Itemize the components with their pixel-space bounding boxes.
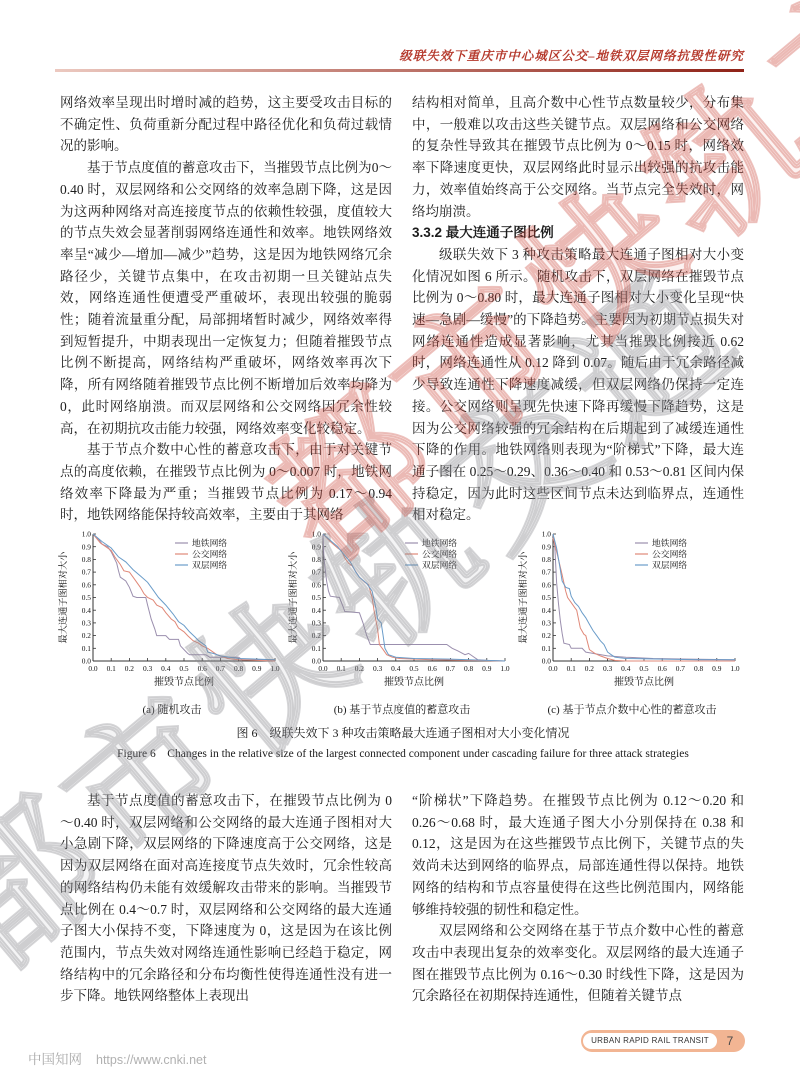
- chart-degree-attack: 0.00.10.20.30.40.50.60.70.80.91.00.00.10…: [287, 527, 517, 717]
- svg-text:0.8: 0.8: [694, 664, 704, 673]
- cnki-footer: 中国知网https://www.cnki.net: [28, 1048, 206, 1068]
- running-head-title: 级联失效下重庆市中心城区公交–地铁双层网络抗毁性研究: [399, 49, 744, 63]
- paragraph: 基于节点介数中心性的蓄意攻击下，由于对关键节点的高度依赖，在摧毁节点比例为 0～…: [60, 439, 392, 526]
- svg-text:0.7: 0.7: [446, 664, 456, 673]
- svg-text:双层网络: 双层网络: [652, 559, 687, 570]
- svg-text:公交网络: 公交网络: [192, 548, 227, 559]
- chart-subcaption-b: (b) 基于节点度值的蓄意攻击: [287, 701, 517, 717]
- chart-subcaption-a: (a) 随机攻击: [57, 701, 287, 717]
- svg-text:0.2: 0.2: [585, 664, 595, 673]
- paragraph: 级联失效下 3 种攻击策略最大连通子图相对大小变化情况如图 6 所示。随机攻击下…: [412, 244, 744, 526]
- svg-text:0.2: 0.2: [312, 631, 322, 640]
- figure-6: 0.00.10.20.30.40.50.60.70.80.91.00.00.10…: [57, 527, 749, 761]
- paragraph: 双层网络和公交网络在基于节点介数中心性的蓄意攻击中表现出复杂的效率变化。双层网络…: [412, 920, 744, 1007]
- svg-text:0.7: 0.7: [542, 568, 552, 577]
- paragraph: 基于节点度值的蓄意攻击下，在摧毁节点比例为 0～0.40 时，双层网络和公交网络…: [60, 790, 392, 1007]
- svg-text:1.0: 1.0: [542, 530, 552, 539]
- svg-text:双层网络: 双层网络: [192, 559, 227, 570]
- svg-text:0.4: 0.4: [82, 606, 92, 615]
- page-header: 级联失效下重庆市中心城区公交–地铁双层网络抗毁性研究: [55, 46, 744, 65]
- svg-text:0.8: 0.8: [312, 555, 322, 564]
- svg-text:0.6: 0.6: [428, 664, 438, 673]
- chart-subcaption-c: (c) 基于节点介数中心性的蓄意攻击: [517, 701, 747, 717]
- svg-text:0.3: 0.3: [143, 664, 153, 673]
- svg-text:0.8: 0.8: [464, 664, 474, 673]
- svg-text:0.9: 0.9: [252, 664, 262, 673]
- svg-text:最大连通子图相对大小: 最大连通子图相对大小: [287, 551, 298, 644]
- svg-text:0.7: 0.7: [312, 568, 322, 577]
- svg-text:0.0: 0.0: [542, 657, 552, 666]
- svg-text:0.9: 0.9: [312, 542, 322, 551]
- svg-text:0.3: 0.3: [312, 619, 322, 628]
- svg-text:0.1: 0.1: [542, 644, 552, 653]
- journal-badge: URBAN RAPID RAIL TRANSIT 7: [581, 1030, 745, 1052]
- svg-text:0.2: 0.2: [355, 664, 365, 673]
- svg-text:1.0: 1.0: [500, 664, 510, 673]
- svg-text:0.7: 0.7: [216, 664, 226, 673]
- svg-text:0.4: 0.4: [161, 664, 171, 673]
- column-top-right: 结构相对简单，且高介数中心性节点数量较少，分布集中，一般难以攻击这些关键节点。双…: [412, 92, 744, 526]
- svg-text:最大连通子图相对大小: 最大连通子图相对大小: [57, 551, 68, 644]
- svg-text:0.6: 0.6: [198, 664, 208, 673]
- svg-text:0.2: 0.2: [82, 631, 92, 640]
- journal-badge-label: URBAN RAPID RAIL TRANSIT: [583, 1033, 717, 1049]
- section-heading-3-3-2: 3.3.2 最大连通子图比例: [412, 222, 744, 244]
- chart-plot-b: 0.00.10.20.30.40.50.60.70.80.91.00.00.10…: [287, 527, 517, 703]
- chart-betweenness-attack: 0.00.10.20.30.40.50.60.70.80.91.00.00.10…: [517, 527, 747, 717]
- cnki-logo-text: 中国知网: [28, 1052, 82, 1067]
- cnki-url: https://www.cnki.net: [96, 1053, 206, 1067]
- body-bottom: 基于节点度值的蓄意攻击下，在摧毁节点比例为 0～0.40 时，双层网络和公交网络…: [60, 790, 744, 1007]
- svg-text:0.5: 0.5: [312, 593, 322, 602]
- svg-text:1.0: 1.0: [82, 530, 92, 539]
- svg-text:0.2: 0.2: [125, 664, 135, 673]
- svg-text:1.0: 1.0: [270, 664, 280, 673]
- svg-text:0.8: 0.8: [82, 555, 92, 564]
- svg-text:摧毁节点比例: 摧毁节点比例: [384, 675, 444, 688]
- svg-text:0.5: 0.5: [409, 664, 419, 673]
- svg-text:0.1: 0.1: [337, 664, 347, 673]
- paragraph: 基于节点度值的蓄意攻击下，当摧毁节点比例为0～0.40 时，双层网络和公交网络的…: [60, 157, 392, 439]
- svg-text:0.7: 0.7: [676, 664, 686, 673]
- svg-text:摧毁节点比例: 摧毁节点比例: [614, 675, 674, 688]
- svg-text:0.3: 0.3: [603, 664, 613, 673]
- svg-text:0.2: 0.2: [542, 631, 552, 640]
- chart-plot-a: 0.00.10.20.30.40.50.60.70.80.91.00.00.10…: [57, 527, 287, 703]
- column-top-left: 网络效率呈现出时增时减的趋势，这主要受攻击目标的不确定性、负荷重新分配过程中路径…: [60, 92, 392, 526]
- body-top: 网络效率呈现出时增时减的趋势，这主要受攻击目标的不确定性、负荷重新分配过程中路径…: [60, 92, 744, 526]
- header-divider: [55, 69, 744, 72]
- column-bottom-left: 基于节点度值的蓄意攻击下，在摧毁节点比例为 0～0.40 时，双层网络和公交网络…: [60, 790, 392, 1007]
- svg-text:地铁网络: 地铁网络: [422, 537, 457, 548]
- svg-text:0.6: 0.6: [82, 580, 92, 589]
- svg-text:0.1: 0.1: [567, 664, 577, 673]
- svg-text:公交网络: 公交网络: [652, 548, 687, 559]
- svg-text:0.6: 0.6: [542, 580, 552, 589]
- chart-plot-c: 0.00.10.20.30.40.50.60.70.80.91.00.00.10…: [517, 527, 747, 703]
- svg-text:双层网络: 双层网络: [422, 559, 457, 570]
- svg-text:0.5: 0.5: [542, 593, 552, 602]
- figure-caption-zh: 图 6 级联失效下 3 种攻击策略最大连通子图相对大小变化情况: [57, 724, 749, 741]
- chart-random-attack: 0.00.10.20.30.40.50.60.70.80.91.00.00.10…: [57, 527, 287, 717]
- svg-text:0.0: 0.0: [312, 657, 322, 666]
- svg-text:0.3: 0.3: [542, 619, 552, 628]
- svg-text:0.3: 0.3: [82, 619, 92, 628]
- svg-text:最大连通子图相对大小: 最大连通子图相对大小: [517, 551, 528, 644]
- svg-text:0.5: 0.5: [639, 664, 649, 673]
- svg-text:0.7: 0.7: [82, 568, 92, 577]
- paragraph: 结构相对简单，且高介数中心性节点数量较少，分布集中，一般难以攻击这些关键节点。双…: [412, 92, 744, 222]
- svg-text:0.9: 0.9: [542, 542, 552, 551]
- svg-text:0.9: 0.9: [82, 542, 92, 551]
- svg-text:0.1: 0.1: [107, 664, 117, 673]
- svg-text:1.0: 1.0: [312, 530, 322, 539]
- svg-text:1.0: 1.0: [730, 664, 740, 673]
- svg-text:地铁网络: 地铁网络: [652, 537, 687, 548]
- svg-text:地铁网络: 地铁网络: [192, 537, 227, 548]
- svg-text:0.9: 0.9: [482, 664, 492, 673]
- page-number: 7: [717, 1034, 743, 1048]
- svg-text:0.4: 0.4: [542, 606, 552, 615]
- svg-text:0.5: 0.5: [82, 593, 92, 602]
- figure-6-charts: 0.00.10.20.30.40.50.60.70.80.91.00.00.10…: [57, 527, 749, 717]
- paragraph: 网络效率呈现出时增时减的趋势，这主要受攻击目标的不确定性、负荷重新分配过程中路径…: [60, 92, 392, 157]
- svg-text:0.4: 0.4: [312, 606, 322, 615]
- column-bottom-right: “阶梯状”下降趋势。在摧毁节点比例为 0.12～0.20 和 0.26～0.68…: [412, 790, 744, 1007]
- svg-text:0.6: 0.6: [312, 580, 322, 589]
- svg-text:0.3: 0.3: [373, 664, 383, 673]
- svg-text:0.8: 0.8: [234, 664, 244, 673]
- svg-text:公交网络: 公交网络: [422, 548, 457, 559]
- svg-text:0.0: 0.0: [82, 657, 92, 666]
- svg-text:0.1: 0.1: [312, 644, 322, 653]
- svg-text:0.9: 0.9: [712, 664, 722, 673]
- figure-caption-en: Figure 6 Changes in the relative size of…: [57, 745, 749, 761]
- svg-text:0.6: 0.6: [658, 664, 668, 673]
- svg-text:0.1: 0.1: [82, 644, 92, 653]
- svg-text:摧毁节点比例: 摧毁节点比例: [154, 675, 214, 688]
- svg-text:0.5: 0.5: [179, 664, 189, 673]
- svg-text:0.4: 0.4: [391, 664, 401, 673]
- paragraph: “阶梯状”下降趋势。在摧毁节点比例为 0.12～0.20 和 0.26～0.68…: [412, 790, 744, 920]
- svg-text:0.4: 0.4: [621, 664, 631, 673]
- svg-text:0.8: 0.8: [542, 555, 552, 564]
